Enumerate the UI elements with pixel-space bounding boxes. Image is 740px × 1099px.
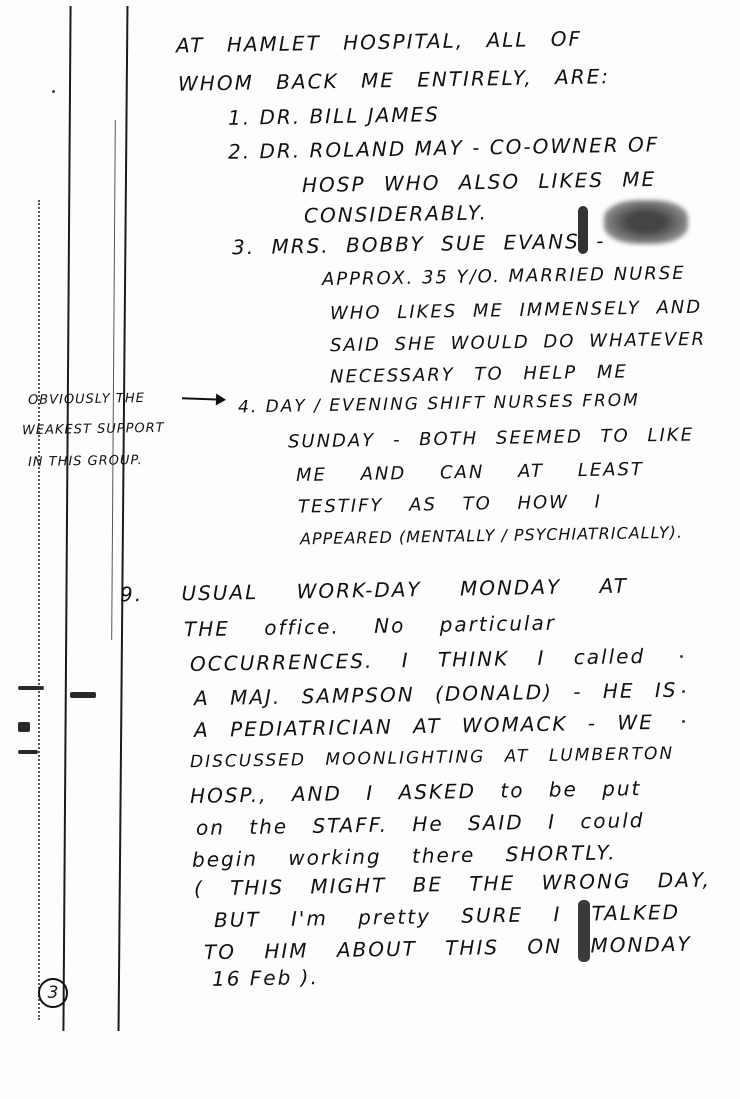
line-29: 16 Feb ). <box>212 965 319 991</box>
dotted-rule <box>38 200 40 1020</box>
line-10: SAID SHE WOULD DO WHATEVER <box>330 329 706 357</box>
line-3: 1. DR. BILL JAMES <box>228 102 440 130</box>
line-18: THE office. No particular <box>184 611 556 641</box>
margin-mark <box>18 722 30 732</box>
arrow-icon <box>182 397 224 400</box>
line-19: OCCURRENCES. I THINK I called <box>190 644 646 676</box>
speck <box>680 655 683 658</box>
line-5: HOSP WHO ALSO LIKES ME <box>302 167 657 197</box>
speck <box>682 690 685 693</box>
line-9: WHO LIKES ME IMMENSELY AND <box>330 297 702 324</box>
line-22: DISCUSSED MOONLIGHTING AT LUMBERTON <box>190 744 674 772</box>
margin-mark <box>18 686 44 690</box>
line-24: on the STAFF. He SAID I could <box>196 808 645 840</box>
line-12: 4. DAY / EVENING SHIFT NURSES FROM <box>238 390 640 417</box>
line-2: WHOM BACK ME ENTIRELY, ARE: <box>178 64 610 96</box>
line-26: ( THIS MIGHT BE THE WRONG DAY, <box>194 867 711 900</box>
line-27: BUT I'm pretty SURE I TALKED <box>214 900 680 932</box>
margin-mark <box>18 750 38 754</box>
line-21: A PEDIATRICIAN AT WOMACK - WE <box>194 710 654 742</box>
page-number: 3 <box>38 978 68 1008</box>
line-11: NECESSARY TO HELP ME <box>330 361 628 387</box>
line-28: TO HIM ABOUT THIS ON MONDAY <box>204 932 692 965</box>
line-13: SUNDAY - BOTH SEEMED TO LIKE <box>288 424 694 452</box>
line-6: CONSIDERABLY. <box>304 200 488 227</box>
margin-line-inner <box>111 120 116 640</box>
line-1: AT HAMLET HOSPITAL, ALL OF <box>176 26 582 57</box>
margin-note-1: OBVIOUSLY THE <box>28 391 145 408</box>
margin-note-2: WEAKEST SUPPORT <box>22 421 165 438</box>
line-25: begin working there SHORTLY. <box>192 840 617 871</box>
speck <box>682 720 685 723</box>
margin-note-3: IN THIS GROUP. <box>28 453 143 470</box>
margin-line-right <box>118 6 129 1031</box>
line-8: APPROX. 35 Y/O. MARRIED NURSE <box>322 263 686 290</box>
scanned-page: AT HAMLET HOSPITAL, ALL OF WHOM BACK ME … <box>0 0 740 1099</box>
line-4: 2. DR. ROLAND MAY - CO-OWNER OF <box>228 132 660 164</box>
line-7: 3. MRS. BOBBY SUE EVANS - <box>232 229 606 260</box>
line-17: 9. USUAL WORK-DAY MONDAY AT <box>120 574 628 607</box>
line-15: TESTIFY AS TO HOW I <box>298 491 602 517</box>
line-16: APPEARED (MENTALLY / PSYCHIATRICALLY). <box>300 523 683 549</box>
ink-smudge <box>604 200 688 244</box>
speck <box>52 90 55 93</box>
line-23: HOSP., AND I ASKED to be put <box>190 776 642 808</box>
margin-line-left <box>62 6 71 1031</box>
margin-mark <box>70 692 96 698</box>
line-14: ME AND CAN AT LEAST <box>296 459 644 486</box>
line-20: A MAJ. SAMPSON (DONALD) - HE IS <box>194 678 678 710</box>
